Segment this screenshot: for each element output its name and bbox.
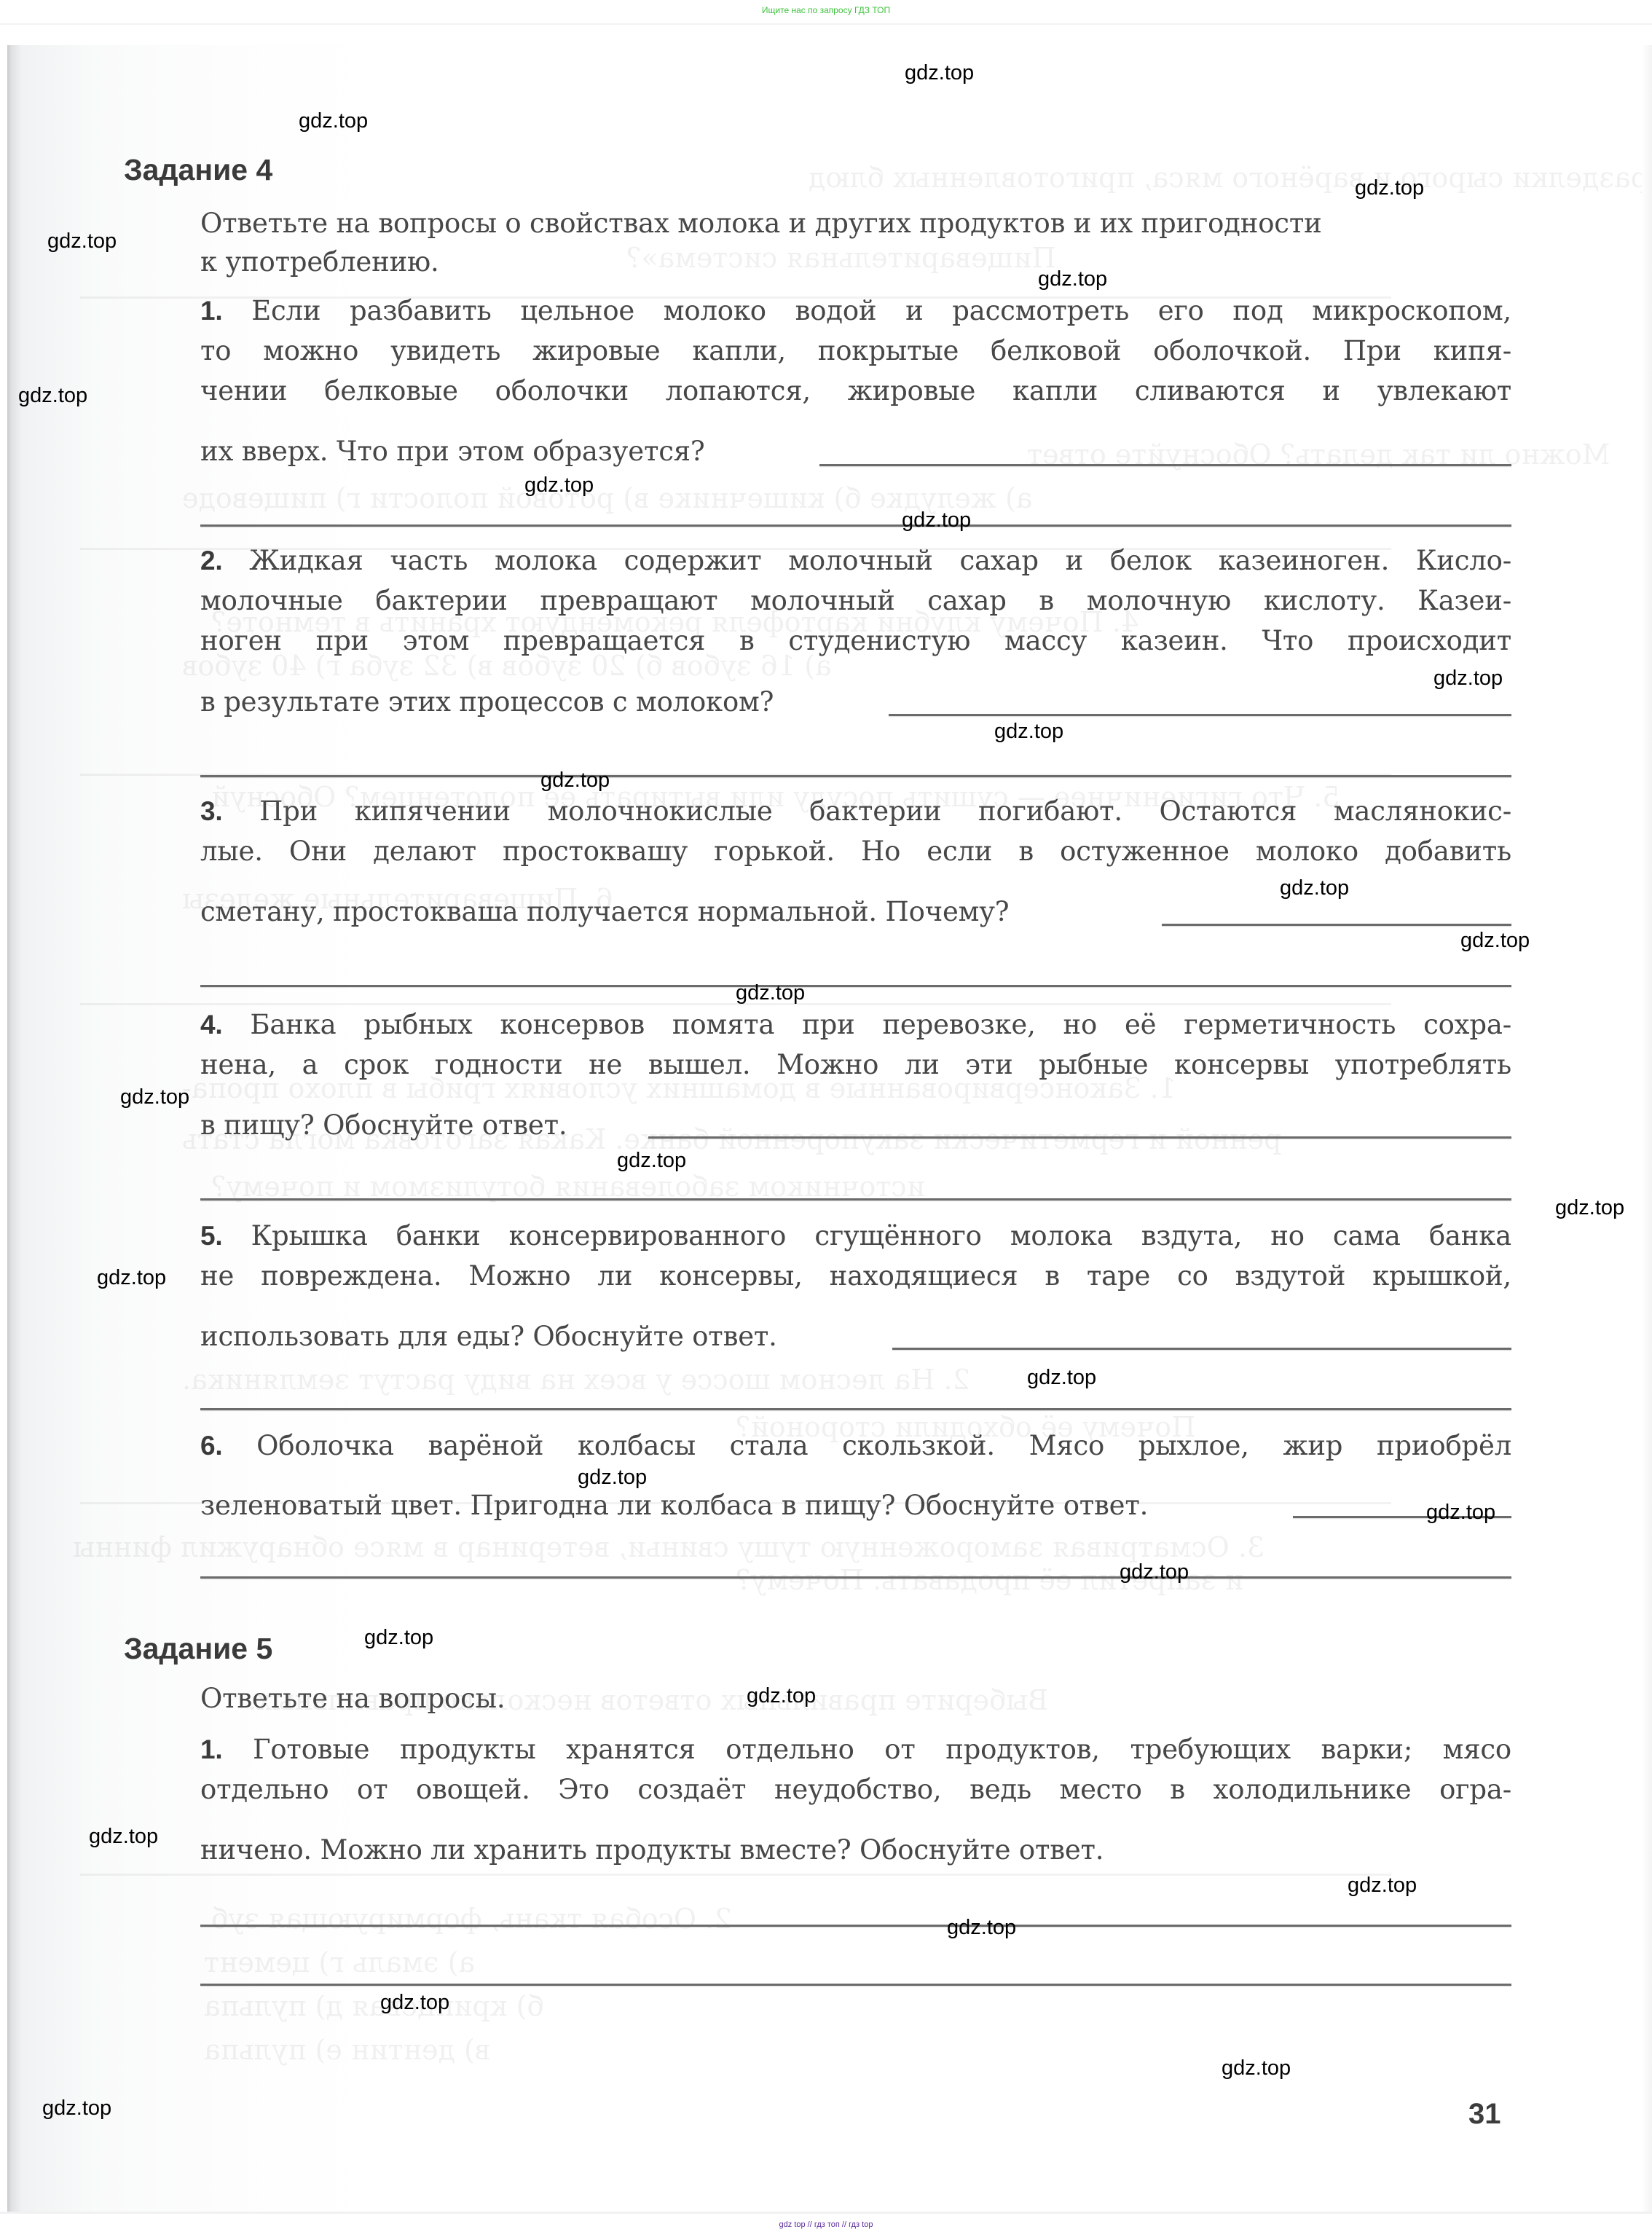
question-line: молочные бактерии превращают молочный са… xyxy=(200,585,1511,616)
watermark-text: gdz.top xyxy=(1027,1366,1096,1390)
question-line: 3. При кипячении молочнокислые бактерии … xyxy=(200,795,1511,827)
bleed-text: б) крипцевая д) пульпа xyxy=(204,1990,543,2022)
watermark-text: gdz.top xyxy=(1433,667,1503,691)
watermark-text: gdz.top xyxy=(578,1466,647,1490)
watermark-text: gdz.top xyxy=(540,769,610,793)
question-line: 6. Оболочка варёной колбасы стала скольз… xyxy=(200,1430,1511,1461)
watermark-text: gdz.top xyxy=(1038,267,1107,291)
watermark-text: gdz.top xyxy=(1120,1560,1189,1584)
bleed-text: 3. Осматривая замороженную тушу свиньи, … xyxy=(73,1531,1264,1563)
question-line: ноген при этом превращается в студенисту… xyxy=(200,625,1511,656)
question-line: зеленоватый цвет. Пригодна ли колбаса в … xyxy=(200,1490,1148,1521)
question-line: не повреждена. Можно ли консервы, находя… xyxy=(200,1260,1511,1292)
question-line: лые. Они делают простоквашу горькой. Но … xyxy=(200,836,1511,867)
task-5-heading: Задание 5 xyxy=(124,1632,272,1666)
question-line: их вверх. Что при этом образуется? xyxy=(200,436,705,467)
watermark-text: gdz.top xyxy=(736,981,805,1005)
question-line: использовать для еды? Обоснуйте ответ. xyxy=(200,1321,777,1352)
bleed-text: Пищеварительная система»? xyxy=(626,242,1056,274)
watermark-text: gdz.top xyxy=(1355,176,1424,200)
question-line: то можно увидеть жировые капли, покрытые… xyxy=(200,335,1511,366)
answer-line-q4-b[interactable] xyxy=(200,1198,1511,1200)
question-line: ничено. Можно ли хранить продукты вместе… xyxy=(200,1834,1104,1866)
bleed-text: а) эмаль г) цемент xyxy=(204,1946,475,1978)
watermark-text: gdz.top xyxy=(364,1626,433,1650)
question-number: 1. xyxy=(200,1734,222,1764)
answer-line-t5-q1-a[interactable] xyxy=(200,1925,1511,1927)
question-number: 4. xyxy=(200,1010,222,1040)
question-line: 2. Жидкая часть молока содержит молочный… xyxy=(200,545,1511,576)
bleed-text: в) дентин е) пульпа xyxy=(204,2034,490,2066)
answer-line-q4-a[interactable] xyxy=(648,1136,1511,1139)
watermark-text: gdz.top xyxy=(902,508,971,533)
question-line: чении белковые оболочки лопаются, жировы… xyxy=(200,375,1511,406)
task-4-heading: Задание 4 xyxy=(124,153,272,187)
watermark-text: gdz.top xyxy=(299,109,368,133)
answer-line-q5-a[interactable] xyxy=(892,1348,1511,1350)
header-banner: Ищите нас по запросу ГДЗ ТОП xyxy=(0,0,1652,25)
question-line: 5. Крышка банки консервированного сгущён… xyxy=(200,1220,1511,1251)
watermark-text: gdz.top xyxy=(47,229,117,254)
question-line: 1. Готовые продукты хранятся отдельно от… xyxy=(200,1734,1511,1765)
bleed-text: 2. Особая ткань, формирующая зуб xyxy=(211,1903,731,1935)
task-5-intro-line: Ответьте на вопросы. xyxy=(200,1683,505,1714)
question-line: отдельно от овощей. Это создаёт неудобст… xyxy=(200,1774,1511,1805)
watermark-text: gdz.top xyxy=(1222,2056,1291,2080)
footer-banner: gdz top // гдз топ // гдз top xyxy=(0,2212,1652,2240)
answer-line-q1-a[interactable] xyxy=(819,464,1511,466)
question-number: 6. xyxy=(200,1431,222,1461)
answer-line-q2-a[interactable] xyxy=(889,714,1511,716)
question-line: в результате этих процессов с молоком? xyxy=(200,686,774,718)
watermark-text: gdz.top xyxy=(1555,1196,1624,1220)
question-line: в пищу? Обоснуйте ответ. xyxy=(200,1109,567,1141)
question-number: 1. xyxy=(200,296,222,326)
question-line: нена, а срок годности не вышел. Можно ли… xyxy=(200,1049,1511,1080)
watermark-text: gdz.top xyxy=(120,1085,189,1109)
watermark-text: gdz.top xyxy=(89,1825,158,1849)
task-4-intro-line: Ответьте на вопросы о свойствах молока и… xyxy=(200,208,1322,239)
watermark-text: gdz.top xyxy=(42,2096,111,2121)
watermark-text: gdz.top xyxy=(524,473,594,498)
question-number: 3. xyxy=(200,796,222,826)
watermark-text: gdz.top xyxy=(1348,1874,1417,1898)
question-line: 4. Банка рыбных консервов помята при пер… xyxy=(200,1009,1511,1040)
watermark-text: gdz.top xyxy=(1460,929,1530,953)
watermark-text: gdz.top xyxy=(905,61,974,85)
bleed-text: 2. На лесном шоссе у всех на виду растут… xyxy=(182,1364,970,1396)
page-number: 31 xyxy=(1468,2098,1501,2131)
question-line: сметану, простокваша получается нормальн… xyxy=(200,896,1009,927)
bleed-text: 2. Для разделки сырого и варёного мяса, … xyxy=(809,162,1652,194)
answer-line-t5-q1-b[interactable] xyxy=(200,1984,1511,1986)
answer-line-q1-b[interactable] xyxy=(200,524,1511,527)
answer-line-q5-b[interactable] xyxy=(200,1408,1511,1410)
watermark-text: gdz.top xyxy=(947,1916,1016,1940)
watermark-text: gdz.top xyxy=(97,1266,166,1290)
answer-line-q3-a[interactable] xyxy=(1162,924,1511,926)
answer-line-q6-b[interactable] xyxy=(200,1576,1511,1579)
watermark-text: gdz.top xyxy=(994,720,1063,744)
watermark-text: gdz.top xyxy=(747,1684,816,1708)
question-number: 2. xyxy=(200,546,222,575)
answer-line-q3-b[interactable] xyxy=(200,985,1511,987)
watermark-text: gdz.top xyxy=(617,1149,686,1173)
watermark-text: gdz.top xyxy=(1426,1501,1495,1525)
watermark-text: gdz.top xyxy=(380,1991,449,2015)
question-line: 1. Если разбавить цельное молоко водой и… xyxy=(200,295,1511,326)
task-4-intro-line: к употреблению. xyxy=(200,246,439,278)
watermark-text: gdz.top xyxy=(1280,876,1349,900)
watermark-text: gdz.top xyxy=(18,384,87,408)
question-number: 5. xyxy=(200,1221,222,1251)
answer-line-q2-b[interactable] xyxy=(200,775,1511,777)
